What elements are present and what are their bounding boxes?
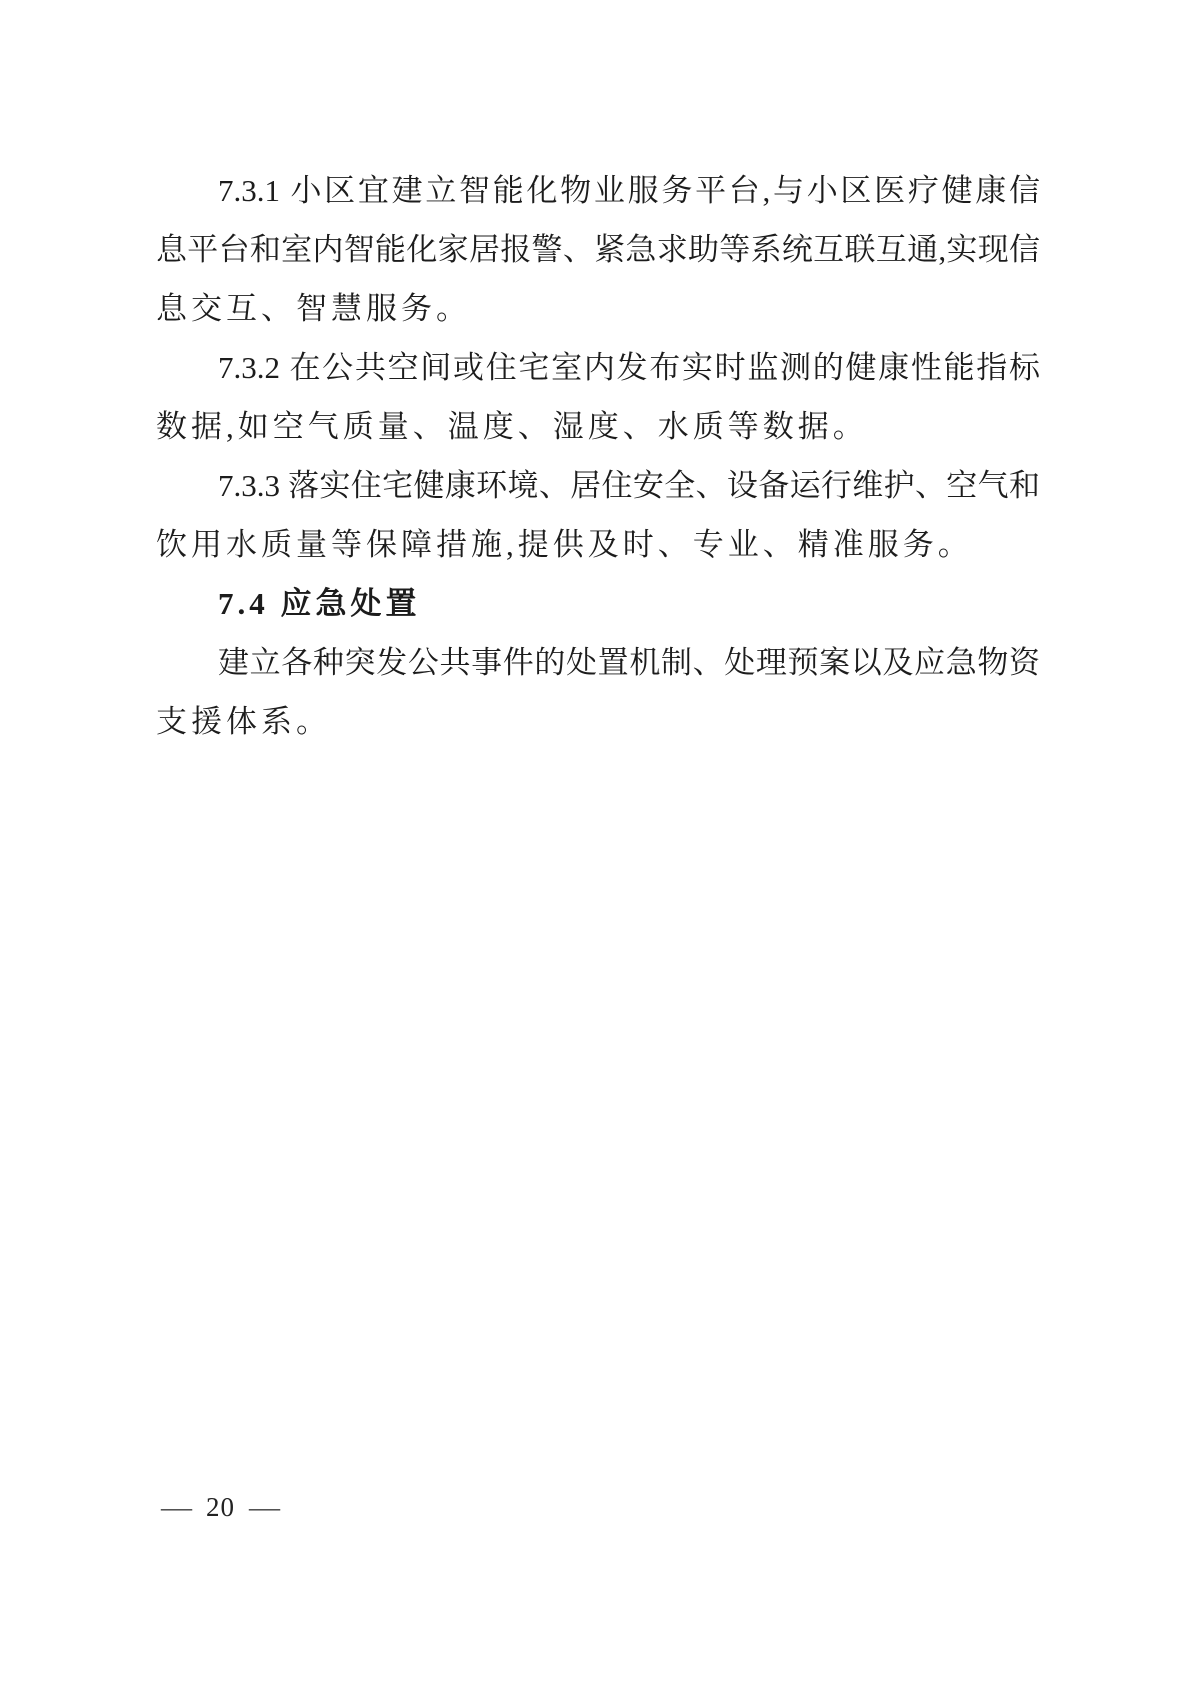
clause-text-line: 息交互、智慧服务。 bbox=[156, 279, 1040, 338]
clause-text-line: 饮用水质量等保障措施,提供及时、专业、精准服务。 bbox=[156, 515, 1040, 574]
clause-text-line: 建立各种突发公共事件的处置机制、处理预案以及应急物资 bbox=[156, 633, 1040, 692]
clause-text-line: 数据,如空气质量、温度、湿度、水质等数据。 bbox=[156, 397, 1040, 456]
clause-text-line: 7.3.1 小区宜建立智能化物业服务平台,与小区医疗健康信 bbox=[156, 161, 1040, 220]
clause-text-line: 7.3.2 在公共空间或住宅室内发布实时监测的健康性能指标 bbox=[156, 338, 1040, 397]
footer-dash-right: — bbox=[249, 1492, 280, 1522]
footer-dash-left: — bbox=[161, 1492, 192, 1522]
page-footer: — 20 — bbox=[163, 1492, 278, 1522]
clause-text-line: 7.3.3 落实住宅健康环境、居住安全、设备运行维护、空气和 bbox=[156, 456, 1040, 515]
page-number: 20 bbox=[206, 1492, 235, 1522]
clause-text-line: 息平台和室内智能化家居报警、紧急求助等系统互联互通,实现信 bbox=[156, 220, 1040, 279]
document-page: 7.3.1 小区宜建立智能化物业服务平台,与小区医疗健康信息平台和室内智能化家居… bbox=[0, 0, 1200, 1697]
clause-heading-line: 7.4 应急处置 bbox=[156, 574, 1040, 633]
clause-text-line: 支援体系。 bbox=[156, 692, 1040, 751]
document-body: 7.3.1 小区宜建立智能化物业服务平台,与小区医疗健康信息平台和室内智能化家居… bbox=[156, 161, 1040, 751]
